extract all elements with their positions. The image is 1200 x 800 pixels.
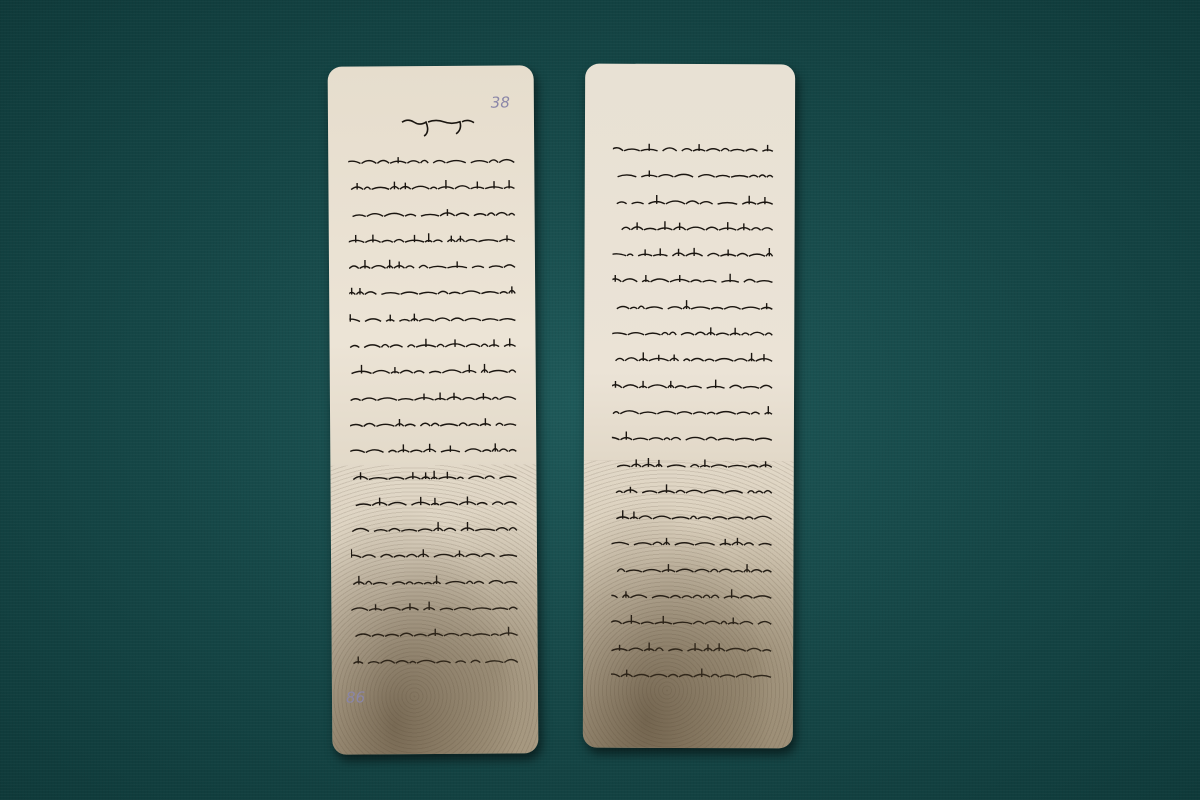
script-line: [611, 668, 775, 683]
script-line: [352, 653, 522, 668]
script-line: [350, 364, 520, 379]
script-line: [351, 522, 521, 537]
script-line: [348, 153, 518, 168]
script-line: [613, 221, 777, 236]
script-line: [349, 285, 519, 300]
script-line: [349, 337, 519, 352]
script-lines: [611, 142, 777, 683]
script-line: [350, 469, 520, 484]
script-line: [612, 273, 776, 288]
script-line: [612, 405, 776, 420]
script-line: [351, 600, 521, 615]
script-line: [349, 259, 519, 274]
script-line: [611, 589, 775, 604]
script-line: [350, 416, 520, 431]
script-line: [351, 548, 521, 563]
script-line: [352, 627, 522, 642]
script-line: [612, 300, 776, 315]
script-line: [613, 194, 777, 209]
script-line: [349, 311, 519, 326]
script-line: [612, 378, 776, 393]
script-line: [612, 484, 776, 499]
script-line: [349, 206, 519, 221]
script-lines: [348, 153, 522, 668]
manuscript-leaf-left: 38 86: [328, 65, 539, 754]
script-line: [611, 562, 775, 577]
script-line: [613, 247, 777, 262]
script-line: [351, 495, 521, 510]
manuscript-leaf-right: [583, 64, 795, 749]
script-line: [611, 536, 775, 551]
script-line: [612, 352, 776, 367]
script-line: [348, 180, 518, 195]
folio-number-top: 38: [491, 93, 510, 111]
script-line: [612, 457, 776, 472]
script-line: [612, 326, 776, 341]
script-line: [350, 390, 520, 405]
script-line: [350, 443, 520, 458]
script-line: [612, 431, 776, 446]
script-line: [613, 142, 777, 157]
script-line: [612, 510, 776, 525]
heading-script: [398, 116, 478, 139]
script-line: [611, 615, 775, 630]
script-line: [611, 641, 775, 656]
script-line: [351, 574, 521, 589]
folio-number-bottom: 86: [346, 688, 365, 706]
script-line: [349, 232, 519, 247]
script-line: [613, 168, 777, 183]
